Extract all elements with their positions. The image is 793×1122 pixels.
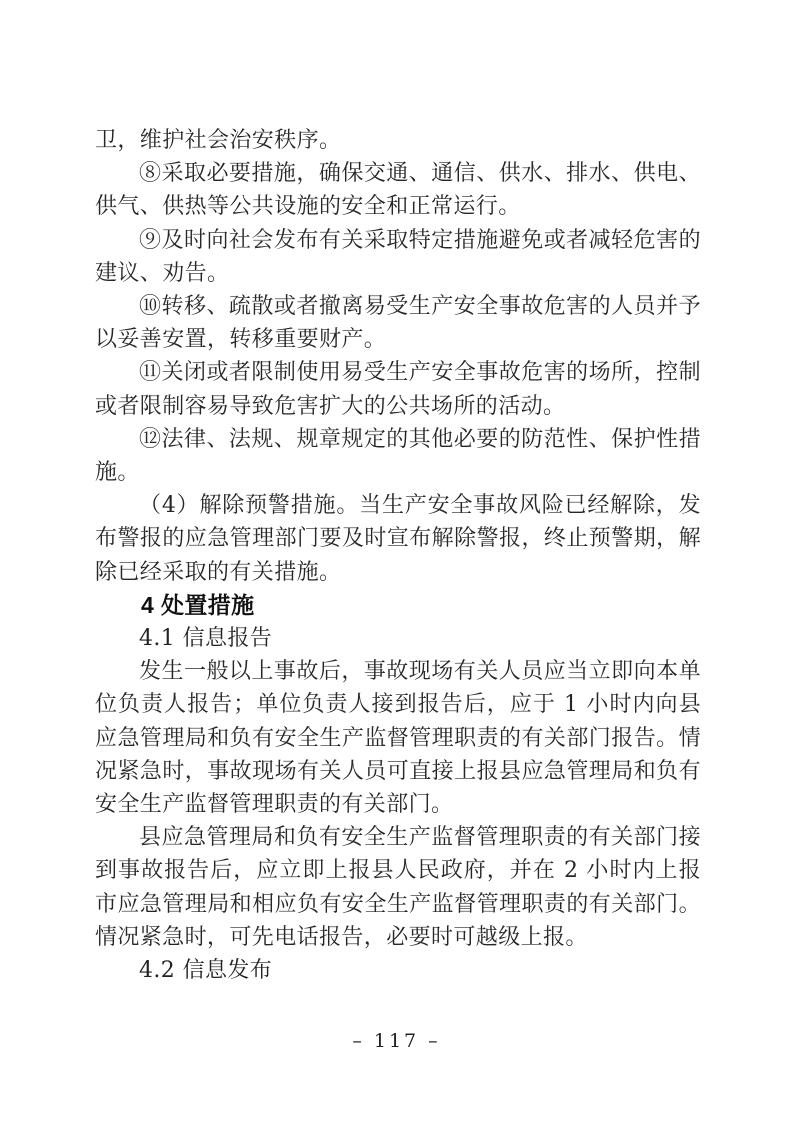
- page-number: – 117 –: [0, 1030, 793, 1052]
- page-content: 卫，维护社会治安秩序。 ⑧采取必要措施，确保交通、通信、供水、排水、供电、供气、…: [95, 124, 701, 987]
- paragraph: ⑫法律、法规、规章规定的其他必要的防范性、保护性措施。: [95, 423, 701, 489]
- paragraph: ⑨及时向社会发布有关采取特定措施避免或者减轻危害的建议、劝告。: [95, 224, 701, 290]
- document-page: 卫，维护社会治安秩序。 ⑧采取必要措施，确保交通、通信、供水、排水、供电、供气、…: [0, 0, 793, 1122]
- paragraph: （4）解除预警措施。当生产安全事故风险已经解除，发布警报的应急管理部门要及时宣布…: [95, 489, 701, 589]
- paragraph: ⑧采取必要措施，确保交通、通信、供水、排水、供电、供气、供热等公共设施的安全和正…: [95, 157, 701, 223]
- paragraph: 发生一般以上事故后，事故现场有关人员应当立即向本单位负责人报告；单位负责人接到报…: [95, 655, 701, 821]
- paragraph: 县应急管理局和负有安全生产监督管理职责的有关部门接到事故报告后，应立即上报县人民…: [95, 821, 701, 954]
- subsection-heading: 4.1 信息报告: [95, 622, 701, 655]
- section-heading: 4 处置措施: [95, 589, 701, 622]
- subsection-heading: 4.2 信息发布: [95, 954, 701, 987]
- paragraph: ⑪关闭或者限制使用易受生产安全事故危害的场所，控制或者限制容易导致危害扩大的公共…: [95, 356, 701, 422]
- paragraph: ⑩转移、疏散或者撤离易受生产安全事故危害的人员并予以妥善安置，转移重要财产。: [95, 290, 701, 356]
- paragraph: 卫，维护社会治安秩序。: [95, 124, 701, 157]
